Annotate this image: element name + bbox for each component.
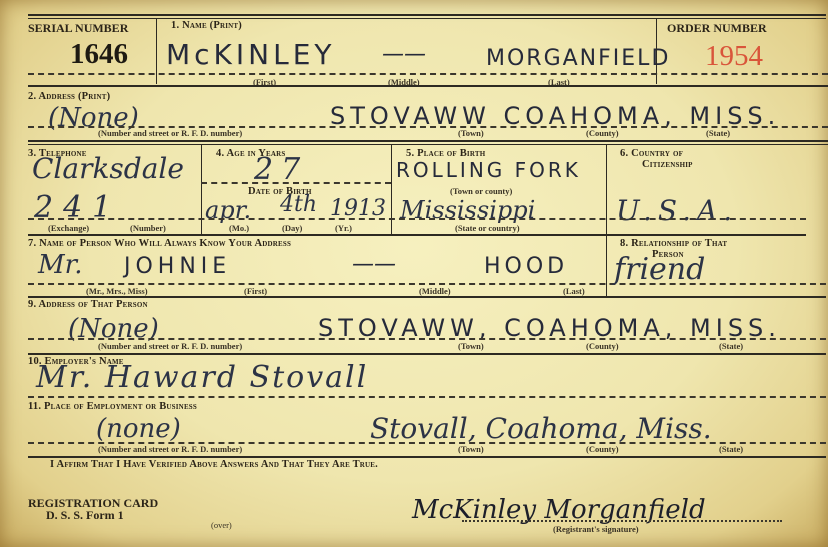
section-rule bbox=[28, 456, 826, 458]
name-middle-value: —— bbox=[382, 42, 426, 67]
contact-address-street-sublabel: (Number and street or R. F. D. number) bbox=[98, 341, 242, 351]
citizenship-value: U.S.A. bbox=[616, 194, 738, 227]
address-street-sublabel: (Number and street or R. F. D. number) bbox=[98, 128, 242, 138]
divider bbox=[391, 144, 392, 235]
citizenship-label-line2: Citizenship bbox=[642, 159, 693, 170]
dob-month-sublabel: (Mo.) bbox=[229, 223, 249, 233]
form-id: D. S. S. Form 1 bbox=[46, 508, 124, 523]
signature-line bbox=[462, 520, 782, 522]
dob-day-sublabel: (Day) bbox=[282, 223, 302, 233]
contact-title-value: Mr. bbox=[38, 250, 82, 280]
relationship-label-line1: 8. Relationship of That bbox=[620, 238, 727, 249]
employment-place-town-sublabel: (Town) bbox=[458, 444, 484, 454]
section-rule-inner bbox=[28, 144, 828, 145]
contact-address-state-sublabel: (State) bbox=[719, 341, 743, 351]
employment-place-county-sublabel: (County) bbox=[586, 444, 619, 454]
section-rule bbox=[28, 296, 826, 298]
birthplace-town-value: ROLLING FORK bbox=[396, 158, 581, 182]
birthplace-state-sublabel: (State or country) bbox=[455, 223, 520, 233]
birthplace-town-sublabel: (Town or county) bbox=[450, 186, 512, 196]
affirmation-text: I Affirm That I Have Verified Above Answ… bbox=[50, 459, 378, 470]
name-last-value: MORGANFIELD bbox=[486, 46, 670, 71]
contact-last-sublabel: (Last) bbox=[563, 286, 585, 296]
address-state-sublabel: (State) bbox=[706, 128, 730, 138]
contact-first-sublabel: (First) bbox=[244, 286, 267, 296]
address-town-sublabel: (Town) bbox=[458, 128, 484, 138]
dob-year-sublabel: (Yr.) bbox=[335, 223, 352, 233]
section-rule bbox=[28, 140, 828, 142]
signature-sublabel: (Registrant's signature) bbox=[553, 524, 639, 534]
employment-place-location-value: Stovall, Coahoma, Miss. bbox=[370, 412, 712, 445]
contact-label: 7. Name of Person Who Will Always Know Y… bbox=[28, 238, 291, 249]
registration-card: SERIAL NUMBER 1646 1. Name (Print) McKIN… bbox=[0, 0, 828, 547]
dotted-rule bbox=[28, 283, 826, 285]
telephone-exchange-value: Clarksdale bbox=[32, 152, 184, 185]
name-first-value: McKINLEY bbox=[166, 38, 336, 71]
dotted-rule bbox=[28, 73, 828, 75]
employment-place-state-sublabel: (State) bbox=[719, 444, 743, 454]
section-rule bbox=[28, 85, 828, 87]
contact-address-label: 9. Address of That Person bbox=[28, 299, 148, 310]
divider bbox=[606, 144, 607, 235]
order-number-label: ORDER NUMBER bbox=[667, 21, 767, 36]
employment-place-label: 11. Place of Employment or Business bbox=[28, 401, 197, 412]
dotted-rule bbox=[28, 396, 826, 398]
dob-day-value: 4th bbox=[280, 192, 317, 217]
employer-value: Mr. Haward Stovall bbox=[36, 360, 368, 395]
address-county-sublabel: (County) bbox=[586, 128, 619, 138]
relationship-value: friend bbox=[614, 252, 705, 287]
top-rule-inner bbox=[28, 18, 826, 19]
section-rule bbox=[28, 353, 826, 355]
contact-first-value: JOHNIE bbox=[124, 254, 231, 279]
section-rule bbox=[28, 234, 806, 236]
contact-middle-sublabel: (Middle) bbox=[419, 286, 451, 296]
serial-number-value: 1646 bbox=[70, 38, 128, 71]
contact-middle-value: —— bbox=[352, 252, 396, 277]
serial-number-label: SERIAL NUMBER bbox=[28, 21, 128, 36]
dotted-rule bbox=[28, 338, 826, 340]
order-number-value: 1954 bbox=[705, 40, 763, 73]
contact-title-sublabel: (Mr., Mrs., Miss) bbox=[86, 286, 148, 296]
name-label: 1. Name (Print) bbox=[171, 20, 242, 31]
top-rule bbox=[28, 14, 826, 16]
address-label: 2. Address (Print) bbox=[28, 91, 110, 102]
contact-last-value: HOOD bbox=[484, 254, 568, 279]
telephone-number-sublabel: (Number) bbox=[130, 223, 166, 233]
telephone-exchange-sublabel: (Exchange) bbox=[48, 223, 89, 233]
dotted-rule bbox=[28, 218, 806, 220]
divider bbox=[606, 234, 607, 296]
employment-place-street-value: (none) bbox=[96, 414, 181, 444]
dotted-rule bbox=[201, 182, 391, 184]
over-note: (over) bbox=[211, 520, 232, 530]
contact-address-county-sublabel: (County) bbox=[586, 341, 619, 351]
employment-place-street-sublabel: (Number and street or R. F. D. number) bbox=[98, 444, 242, 454]
divider bbox=[201, 144, 202, 235]
citizenship-label-line1: 6. Country of bbox=[620, 148, 683, 159]
contact-address-town-sublabel: (Town) bbox=[458, 341, 484, 351]
